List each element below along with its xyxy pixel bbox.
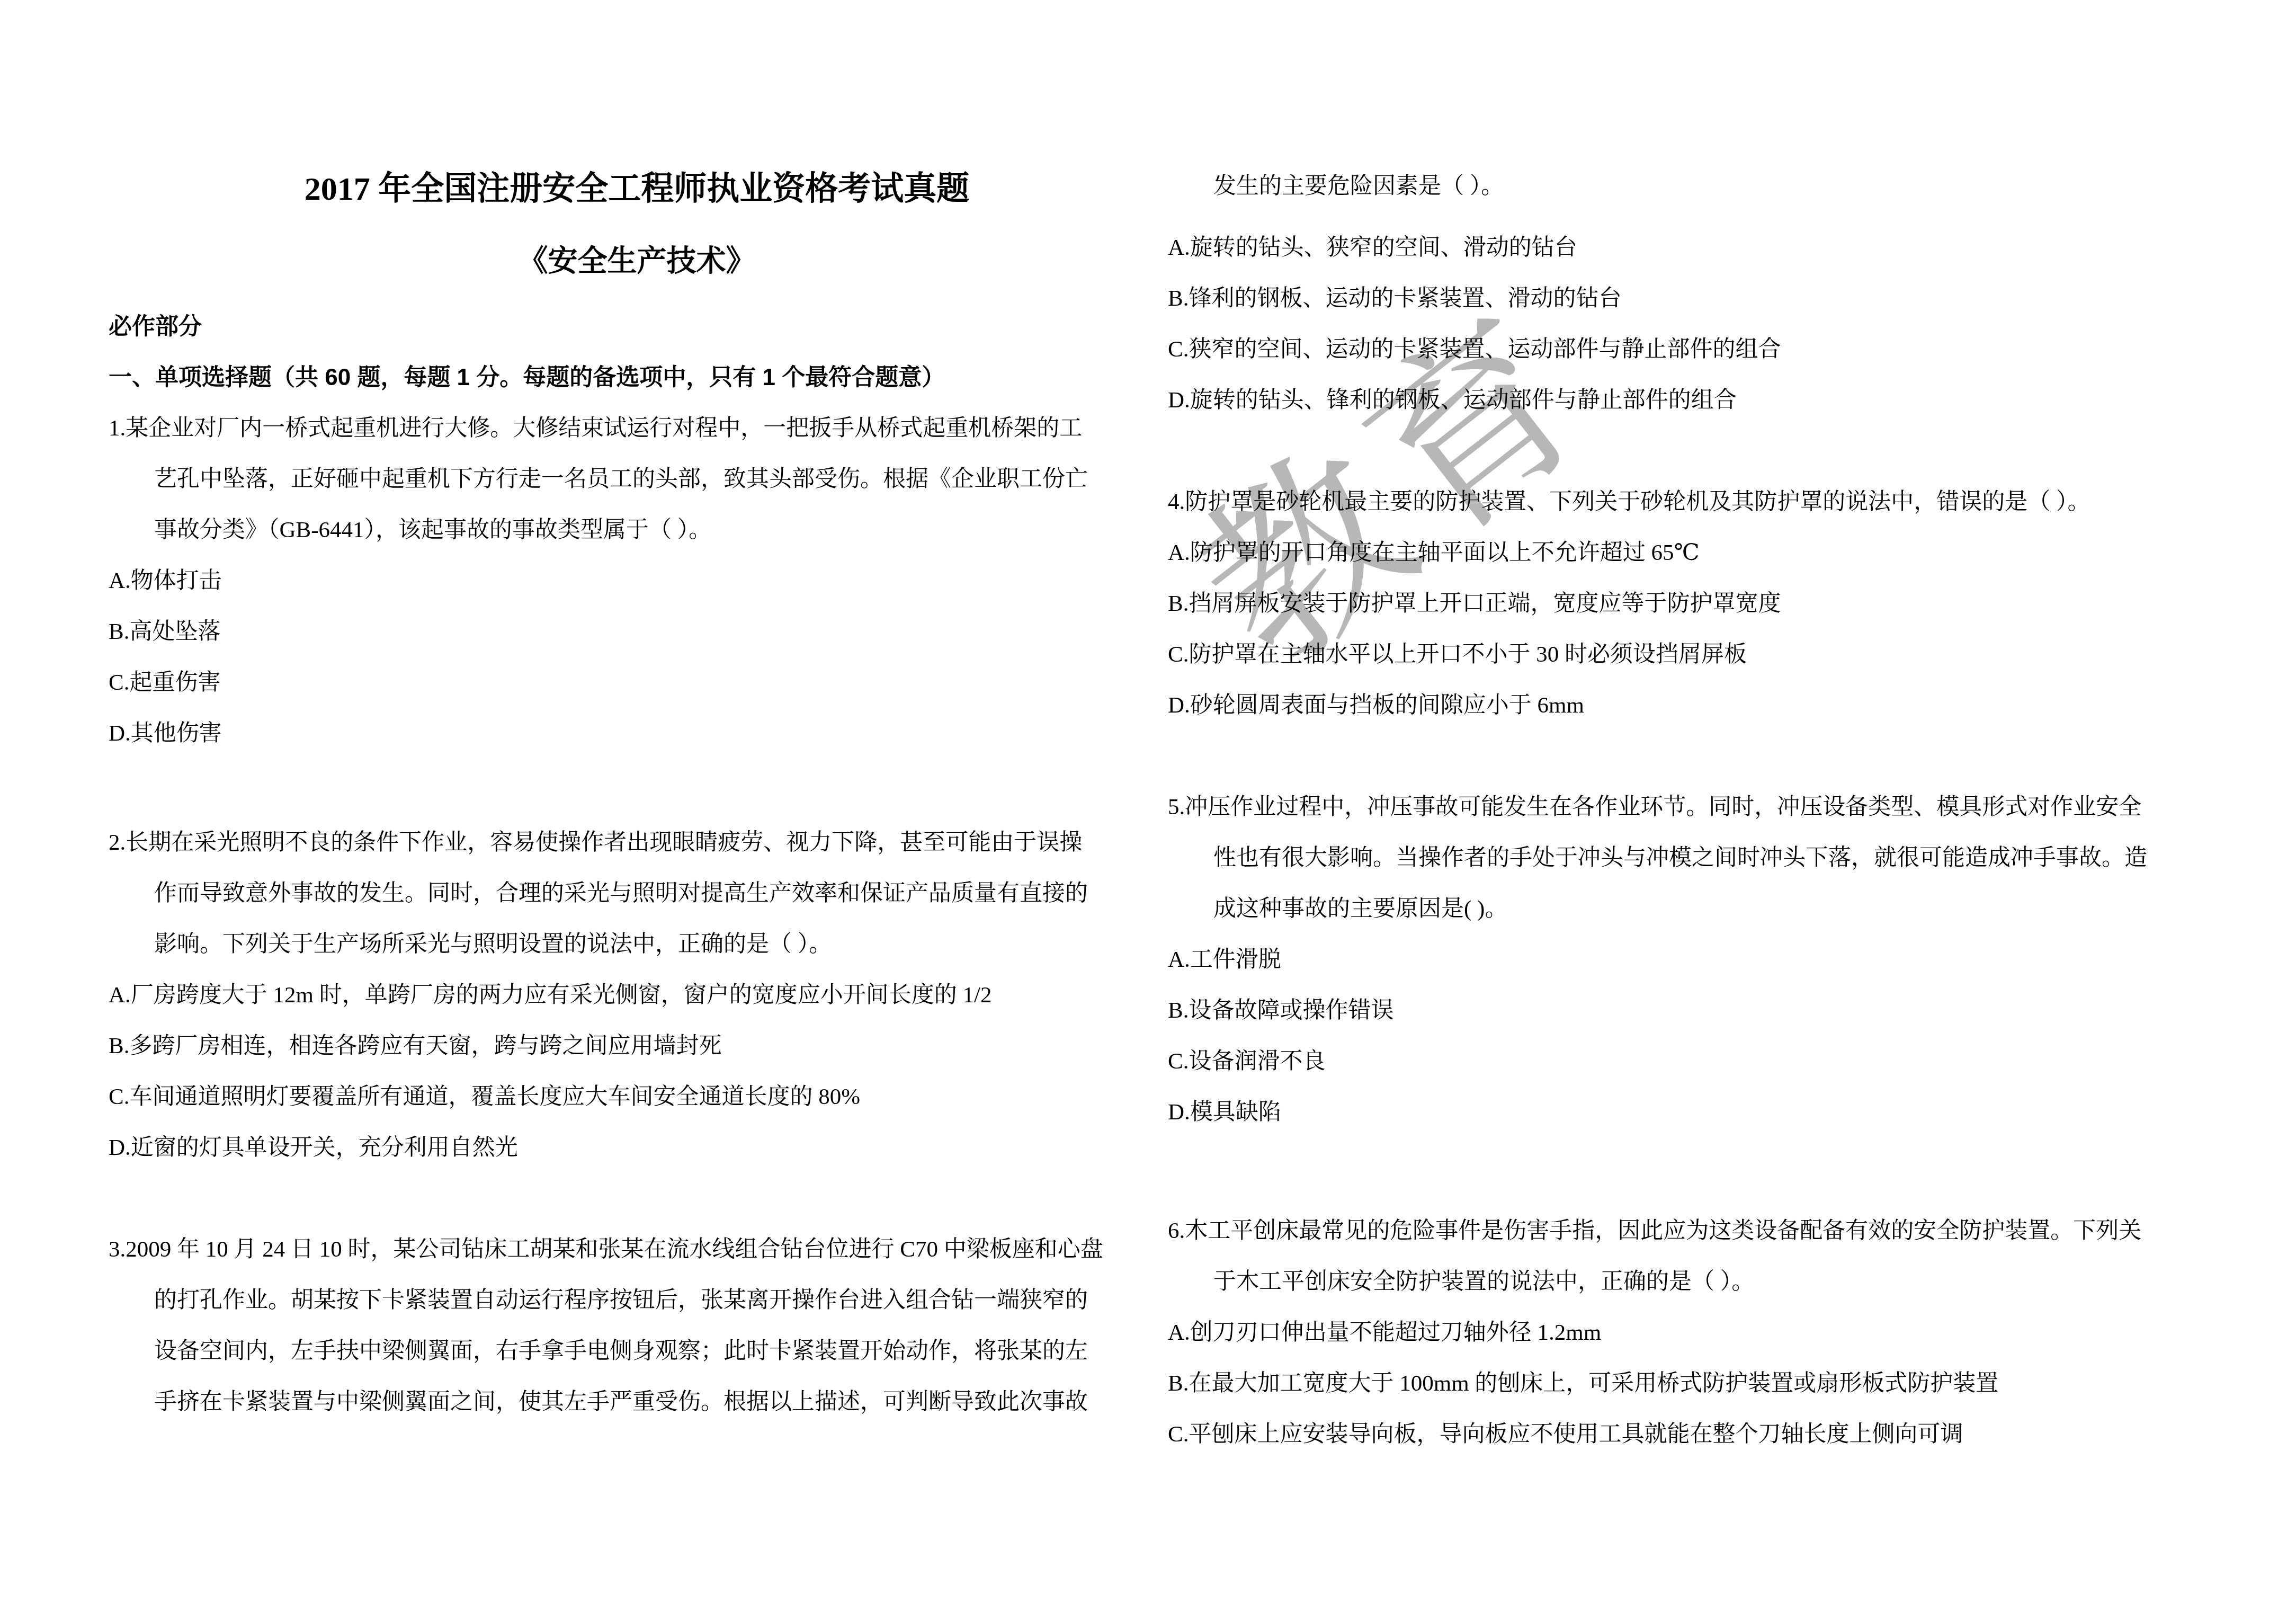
question-5-text: 5.冲压作业过程中，冲压事故可能发生在各作业环节。同时，冲压设备类型、模具形式对… [1168,782,2248,934]
question-4-option-c: C.防护罩在主轴水平以上开口不小于 30 时必须设挡屑屏板 [1168,629,2248,680]
question-5-option-b: B.设备故障或操作错误 [1168,985,2248,1036]
question-2-text: 2.长期在采光照明不良的条件下作业，容易使操作者出现眼睛疲劳、视力下降，甚至可能… [109,817,1165,970]
question-6-option-c: C.平刨床上应安装导向板，导向板应不使用工具就能在整个刀轴长度上侧向可调 [1168,1409,2248,1460]
question-1-option-d: D.其他伤害 [109,708,1165,759]
question-6-option-b: B.在最大加工宽度大于 100mm 的刨床上，可采用桥式防护装置或扇形板式防护装… [1168,1358,2248,1409]
question-3-text: 3.2009 年 10 月 24 日 10 时，某公司钻床工胡某和张某在流水线组… [109,1224,1165,1428]
question-4-option-a: A.防护罩的开口角度在主轴平面以上不允许超过 65℃ [1168,528,2248,578]
section-label: 必作部分 [109,301,1165,352]
question-5-option-c: C.设备润滑不良 [1168,1036,2248,1087]
question-6-option-a: A.创刀刃口伸出量不能超过刀轴外径 1.2mm [1168,1307,2248,1358]
right-column: 发生的主要危险因素是（ ）。 A.旋转的钻头、狭窄的空间、滑动的钻台 B.锋利的… [1168,161,2248,1460]
question-3-continuation: 发生的主要危险因素是（ ）。 [1168,161,2248,212]
question-1-option-c: C.起重伤害 [109,657,1165,708]
question-5-option-d: D.模具缺陷 [1168,1087,2248,1138]
question-1-option-a: A.物体打击 [109,556,1165,607]
question-6-text: 6.木工平创床最常见的危险事件是伤害手指，因此应为这类设备配备有效的安全防护装置… [1168,1206,2248,1307]
left-column: 2017 年全国注册安全工程师执业资格考试真题 《安全生产技术》 必作部分 一、… [109,159,1165,1428]
question-1-text: 1.某企业对厂内一桥式起重机进行大修。大修结束试运行对程中，一把扳手从桥式起重机… [109,403,1165,556]
page-subtitle: 《安全生产技术》 [109,236,1165,287]
question-2-option-a: A.厂房跨度大于 12m 时，单跨厂房的两力应有采光侧窗，窗户的宽度应小开间长度… [109,970,1165,1021]
question-4-option-b: B.挡屑屏板安装于防护罩上开口正端，宽度应等于防护罩宽度 [1168,578,2248,629]
question-3-option-c: C.狭窄的空间、运动的卡紧装置、运动部件与静止部件的组合 [1168,324,2248,375]
question-2-option-b: B.多跨厂房相连，相连各跨应有天窗，跨与跨之间应用墙封死 [109,1021,1165,1072]
question-3-option-d: D.旋转的钻头、锋利的钢板、运动部件与静止部件的组合 [1168,375,2248,426]
question-4-option-d: D.砂轮圆周表面与挡板的间隙应小于 6mm [1168,680,2248,731]
question-4-text: 4.防护罩是砂轮机最主要的防护装置、下列关于砂轮机及其防护罩的说法中，错误的是（… [1168,477,2248,528]
page-title: 2017 年全国注册安全工程师执业资格考试真题 [109,159,1165,220]
question-1-option-b: B.高处坠落 [109,607,1165,657]
part-heading: 一、单项选择题（共 60 题，每题 1 分。每题的备选项中，只有 1 个最符合题… [109,352,1165,403]
question-5-option-a: A.工件滑脱 [1168,934,2248,985]
question-2-option-d: D.近窗的灯具单设开关，充分利用自然光 [109,1123,1165,1173]
question-2-option-c: C.车间通道照明灯要覆盖所有通道，覆盖长度应大车间安全通道长度的 80% [109,1072,1165,1123]
question-3-option-a: A.旋转的钻头、狭窄的空间、滑动的钻台 [1168,222,2248,273]
question-3-option-b: B.锋利的钢板、运动的卡紧装置、滑动的钻台 [1168,273,2248,324]
